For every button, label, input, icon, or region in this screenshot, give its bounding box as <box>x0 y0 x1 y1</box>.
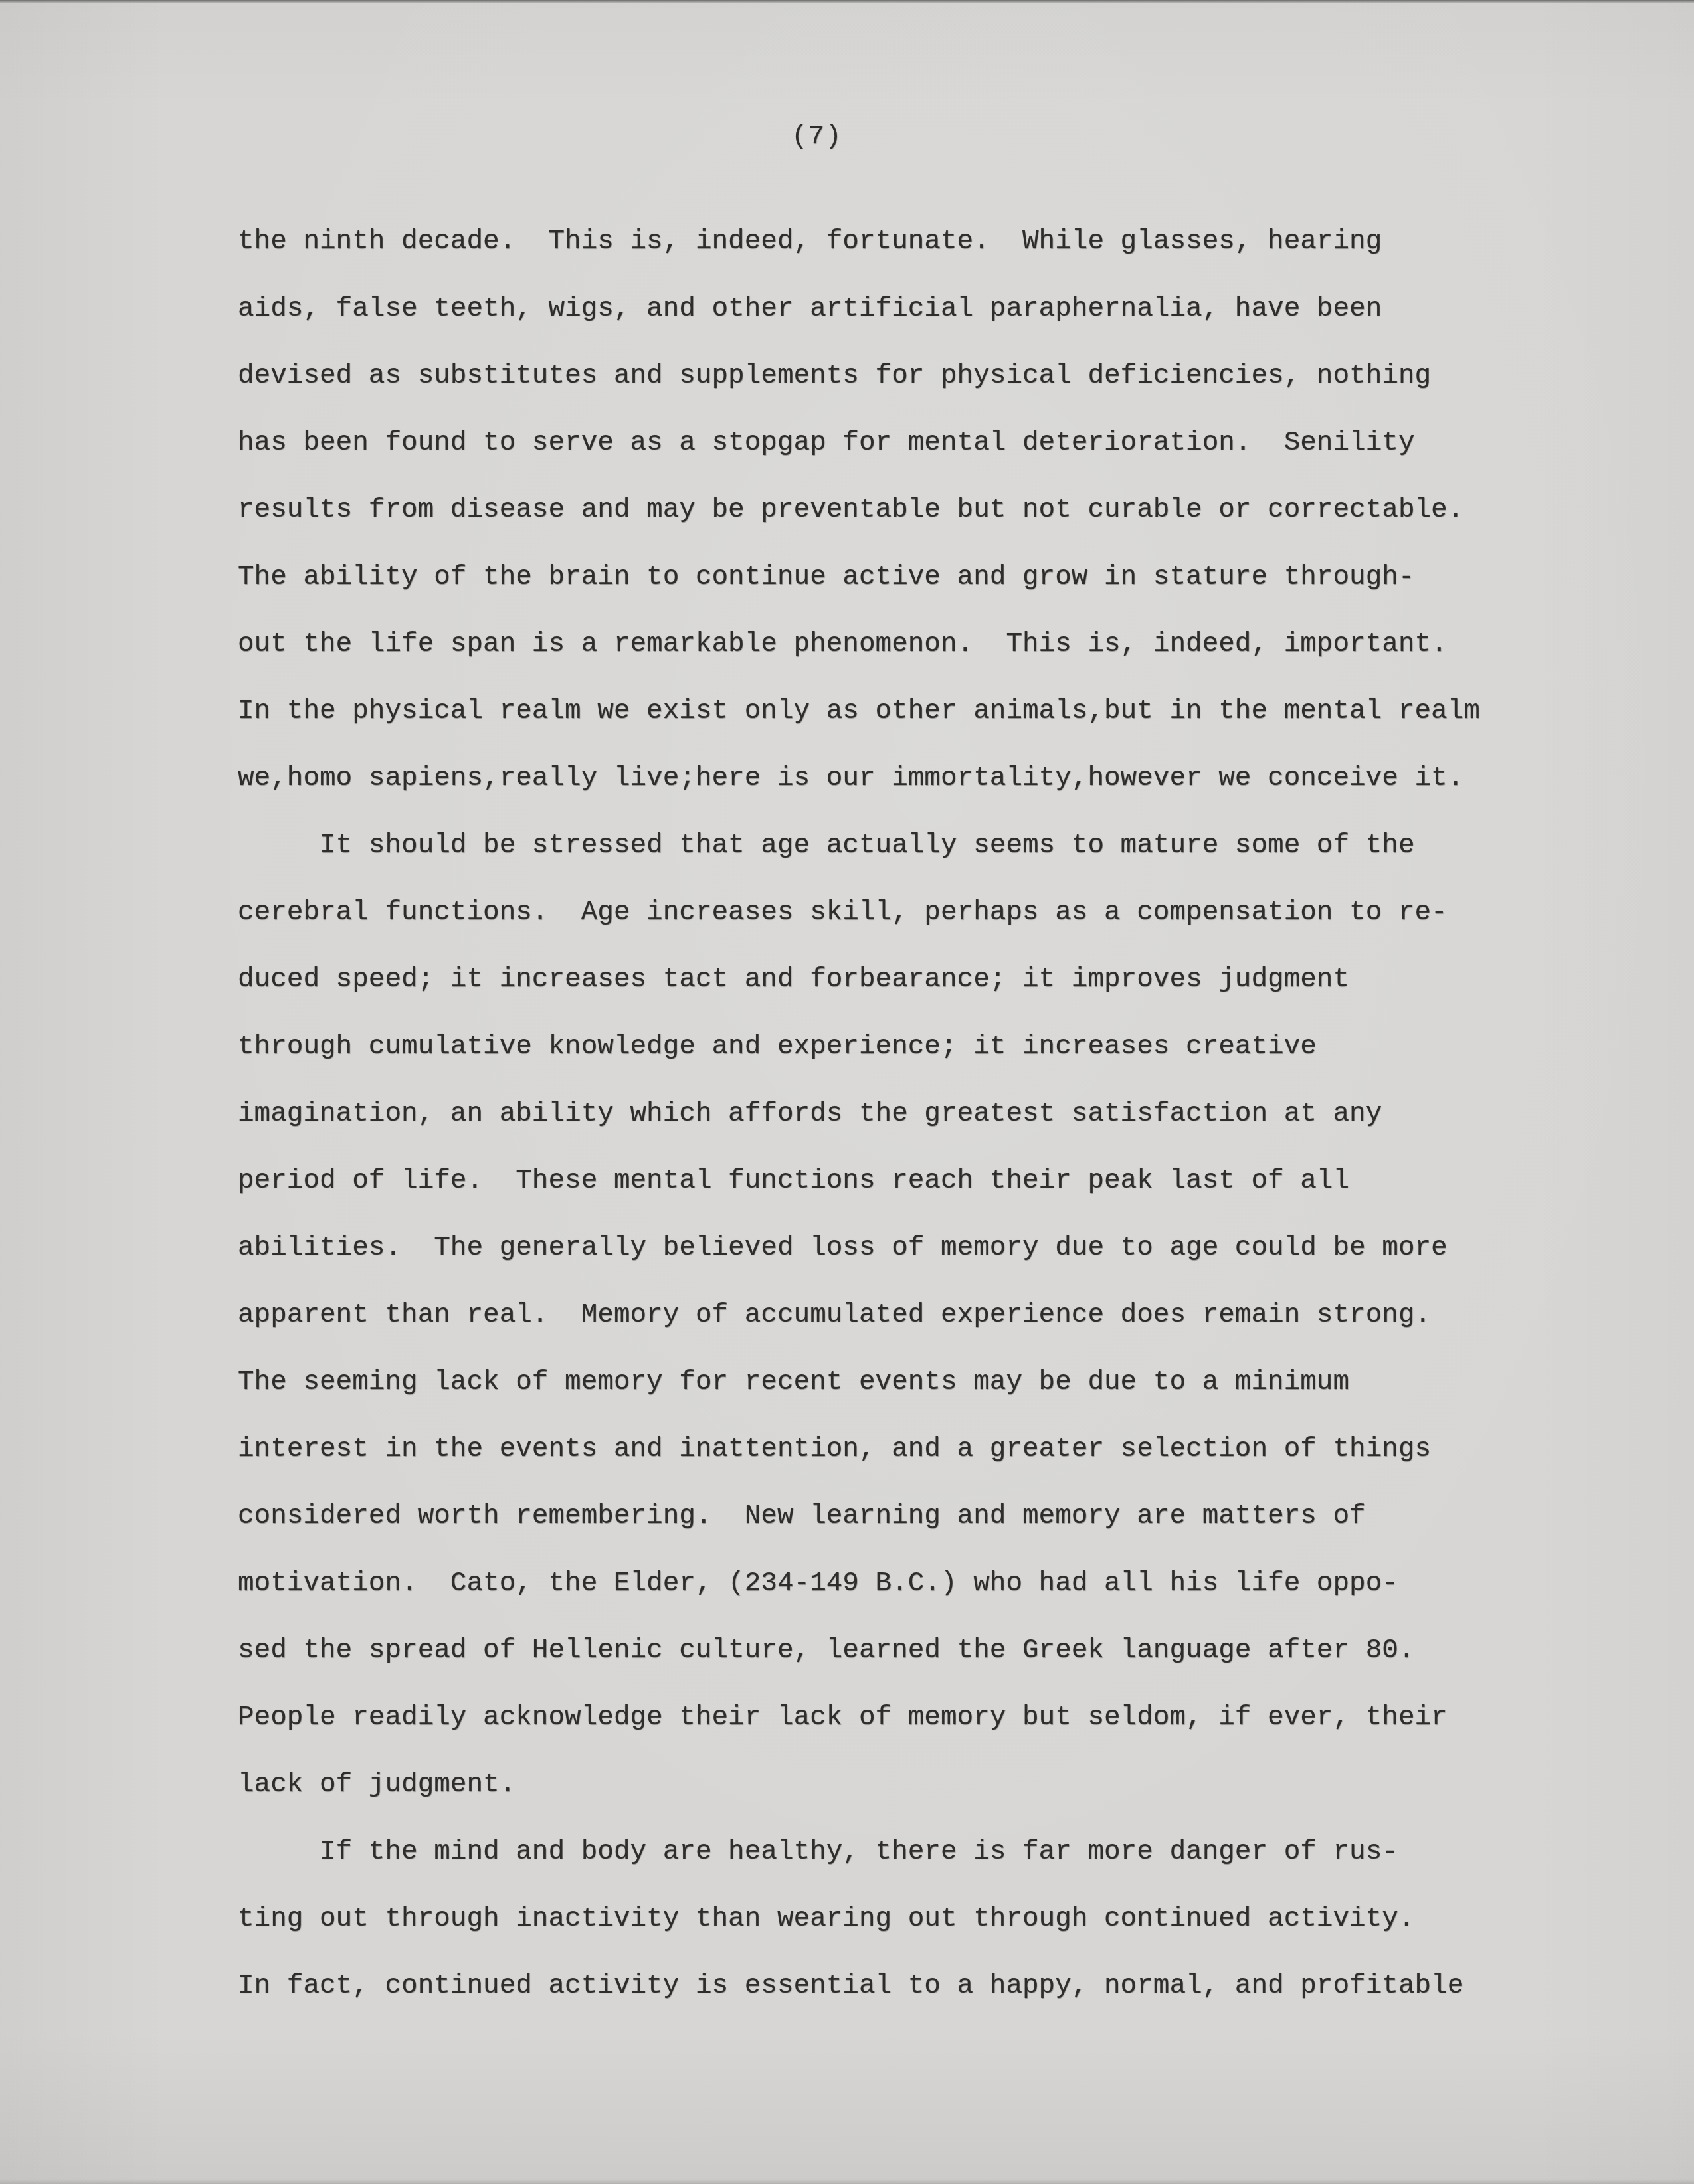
text-line: In fact, continued activity is essential… <box>238 1953 1480 2020</box>
text-line: imagination, an ability which affords th… <box>238 1081 1480 1148</box>
text-line: People readily acknowledge their lack of… <box>238 1684 1480 1752</box>
text-line: abilities. The generally believed loss o… <box>238 1215 1480 1282</box>
text-line: interest in the events and inattention, … <box>238 1416 1480 1483</box>
text-line: motivation. Cato, the Elder, (234-149 B.… <box>238 1550 1480 1617</box>
text-line: has been found to serve as a stopgap for… <box>238 410 1480 477</box>
text-line: duced speed; it increases tact and forbe… <box>238 947 1480 1014</box>
text-line: If the mind and body are healthy, there … <box>238 1819 1480 1886</box>
text-line: out the life span is a remarkable phenom… <box>238 611 1480 678</box>
text-line: cerebral functions. Age increases skill,… <box>238 879 1480 947</box>
text-line: In the physical realm we exist only as o… <box>238 678 1480 745</box>
text-line: considered worth remembering. New learni… <box>238 1483 1480 1550</box>
text-line: period of life. These mental functions r… <box>238 1148 1480 1215</box>
text-line: results from disease and may be preventa… <box>238 477 1480 544</box>
text-line: we,homo sapiens,really live;here is our … <box>238 745 1480 812</box>
text-line: The ability of the brain to continue act… <box>238 544 1480 611</box>
text-line: ting out through inactivity than wearing… <box>238 1886 1480 1953</box>
text-line: the ninth decade. This is, indeed, fortu… <box>238 209 1480 276</box>
typed-text-block: the ninth decade. This is, indeed, fortu… <box>238 209 1480 2020</box>
text-line: lack of judgment. <box>238 1752 1480 1819</box>
text-line: It should be stressed that age actually … <box>238 812 1480 879</box>
text-line: apparent than real. Memory of accumulate… <box>238 1282 1480 1349</box>
scanned-typewritten-page: { "document": { "page_number": "(7)", "l… <box>0 0 1694 2184</box>
scan-top-edge <box>0 0 1694 3</box>
text-line: devised as substitutes and supplements f… <box>238 343 1480 410</box>
page-number: (7) <box>791 124 842 151</box>
text-line: The seeming lack of memory for recent ev… <box>238 1349 1480 1416</box>
text-line: sed the spread of Hellenic culture, lear… <box>238 1617 1480 1684</box>
text-line: through cumulative knowledge and experie… <box>238 1014 1480 1081</box>
scan-bottom-edge <box>0 2179 1694 2184</box>
text-line: aids, false teeth, wigs, and other artif… <box>238 276 1480 343</box>
